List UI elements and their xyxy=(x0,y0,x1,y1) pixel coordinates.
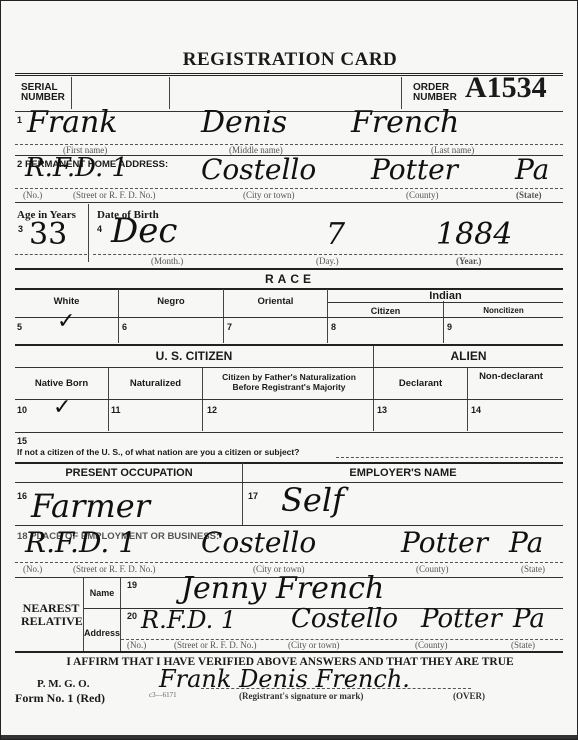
sublabel-state: (State) xyxy=(516,190,542,200)
birth-day-value[interactable]: 7 xyxy=(326,217,345,252)
sublabel-county: (County) xyxy=(406,190,439,200)
nationality-question: If not a citizen of the U. S., of what n… xyxy=(17,447,299,457)
field-number: 2 xyxy=(17,159,22,170)
birth-month-value[interactable]: Dec xyxy=(111,211,177,251)
home-state-value[interactable]: Pa xyxy=(515,153,549,186)
last-name-value[interactable]: French xyxy=(351,105,459,140)
relative-county-value[interactable]: Potter xyxy=(421,604,502,634)
alien-col-declarant: Declarant xyxy=(374,379,467,389)
nationality-underline[interactable] xyxy=(336,457,563,458)
rule xyxy=(15,202,563,203)
cit-col-fathers-naturalization: Citizen by Father's Naturalization Befor… xyxy=(209,372,369,392)
sublabel-county: (County) xyxy=(416,564,449,574)
race-heading: RACE xyxy=(1,272,578,286)
cit-col-naturalized: Naturalized xyxy=(109,379,202,389)
field-number: 11 xyxy=(111,405,121,415)
sublabel-street: (Street or R. F. D. No.) xyxy=(73,564,156,574)
field-number: 15 xyxy=(17,436,27,446)
rule xyxy=(15,367,563,368)
race-col-white: White xyxy=(15,297,118,307)
sublabel-year: (Year.) xyxy=(456,256,481,266)
age-value[interactable]: 33 xyxy=(29,217,67,252)
rule xyxy=(15,432,563,433)
employer-label: EMPLOYER'S NAME xyxy=(243,468,563,478)
relative-name-value[interactable]: Jenny French xyxy=(181,571,384,606)
home-county-value[interactable]: Potter xyxy=(371,153,458,186)
rule xyxy=(15,268,563,270)
cit-col-native-born: Native Born xyxy=(15,379,108,389)
rule xyxy=(15,399,563,400)
checkmark-white-icon[interactable]: ✓ xyxy=(57,309,75,334)
sublabel-no: (No.) xyxy=(127,640,146,650)
rule xyxy=(15,288,563,290)
field-number: 9 xyxy=(447,322,452,332)
field-number: 7 xyxy=(227,322,232,332)
employment-county-value[interactable]: Potter xyxy=(401,526,488,559)
field-number: 13 xyxy=(377,405,387,415)
race-col-negro: Negro xyxy=(119,297,223,307)
home-city-value[interactable]: Costello xyxy=(201,153,316,186)
first-name-value[interactable]: Frank xyxy=(27,105,118,140)
relative-name-label: Name xyxy=(84,588,120,598)
field-number: 19 xyxy=(127,580,137,590)
field-number: 16 xyxy=(17,491,27,501)
divider xyxy=(88,204,89,262)
divider xyxy=(242,463,243,525)
field-number: 14 xyxy=(471,405,481,415)
signature-label: (Registrant's signature or mark) xyxy=(239,691,363,701)
middle-name-value[interactable]: Denis xyxy=(201,105,287,140)
order-number-label: ORDER NUMBER xyxy=(413,83,463,103)
sublabel-city: (City or town) xyxy=(288,640,340,650)
divider xyxy=(169,77,170,109)
relative-state-value[interactable]: Pa xyxy=(513,604,545,634)
nearest-relative-label: NEAREST RELATIVE xyxy=(21,602,81,628)
form-id-line1: P. M. G. O. xyxy=(37,678,89,690)
occupation-value[interactable]: Farmer xyxy=(31,487,150,525)
over-label: (OVER) xyxy=(453,691,485,701)
home-street-value[interactable]: R.F.D. 1 xyxy=(25,153,128,183)
relative-street-value[interactable]: R.F.D. 1 xyxy=(141,606,236,634)
relative-city-value[interactable]: Costello xyxy=(291,604,398,634)
rule xyxy=(15,651,563,653)
checkmark-native-born-icon[interactable]: ✓ xyxy=(53,395,71,420)
sublabel-city: (City or town) xyxy=(243,190,295,200)
employment-street-value[interactable]: R.F.D. 1 xyxy=(25,526,136,559)
rule xyxy=(328,302,563,303)
alien-col-nondeclarant: Non-declarant xyxy=(471,372,551,382)
order-number-value: A1534 xyxy=(465,71,547,105)
race-col-indian-citizen: Citizen xyxy=(328,306,443,316)
card-title: REGISTRATION CARD xyxy=(1,49,578,71)
field-number: 20 xyxy=(127,611,137,621)
birth-year-value[interactable]: 1884 xyxy=(436,217,512,252)
print-code: c3—6171 xyxy=(149,691,177,699)
alien-heading: ALIEN xyxy=(374,349,563,363)
age-underline xyxy=(15,254,87,255)
employment-underline xyxy=(15,562,563,563)
field-number: 1 xyxy=(17,115,22,125)
sublabel-no: (No.) xyxy=(23,564,42,574)
race-col-indian-noncitizen: Noncitizen xyxy=(444,306,563,316)
address-underline xyxy=(15,188,563,189)
relative-address-label: Address xyxy=(84,628,120,638)
sublabel-no: (No.) xyxy=(23,190,42,200)
divider xyxy=(120,578,121,651)
field-number: 8 xyxy=(331,322,336,332)
field-number: 3 xyxy=(18,224,23,234)
serial-number-label: SERIAL NUMBER xyxy=(21,83,69,103)
occupation-label: PRESENT OCCUPATION xyxy=(15,468,243,478)
dob-underline xyxy=(93,254,563,255)
sublabel-month: (Month.) xyxy=(151,256,183,266)
sublabel-street: (Street or R. F. D. No.) xyxy=(174,640,257,650)
rule xyxy=(15,344,563,346)
field-number: 17 xyxy=(248,491,258,501)
employer-value[interactable]: Self xyxy=(281,481,344,519)
sublabel-state: (State) xyxy=(511,640,535,650)
employment-state-value[interactable]: Pa xyxy=(509,526,543,559)
field-number: 10 xyxy=(17,405,27,415)
race-col-oriental: Oriental xyxy=(224,297,327,307)
sublabel-street: (Street or R. F. D. No.) xyxy=(73,190,156,200)
rule xyxy=(15,317,563,318)
field-number: 12 xyxy=(207,405,217,415)
sublabel-county: (County) xyxy=(415,640,448,650)
sublabel-state: (State) xyxy=(521,564,545,574)
signature-underline xyxy=(201,688,471,689)
employment-city-value[interactable]: Costello xyxy=(201,526,316,559)
field-number: 6 xyxy=(122,322,127,332)
us-citizen-heading: U. S. CITIZEN xyxy=(15,349,373,363)
field-number: 5 xyxy=(17,322,22,332)
rule xyxy=(15,462,563,464)
indian-heading: Indian xyxy=(328,291,563,301)
form-id-line2: Form No. 1 (Red) xyxy=(15,691,105,706)
registration-card: REGISTRATION CARD SERIAL NUMBER ORDER NU… xyxy=(0,0,578,740)
field-number: 4 xyxy=(97,224,102,234)
sublabel-day: (Day.) xyxy=(316,256,339,266)
